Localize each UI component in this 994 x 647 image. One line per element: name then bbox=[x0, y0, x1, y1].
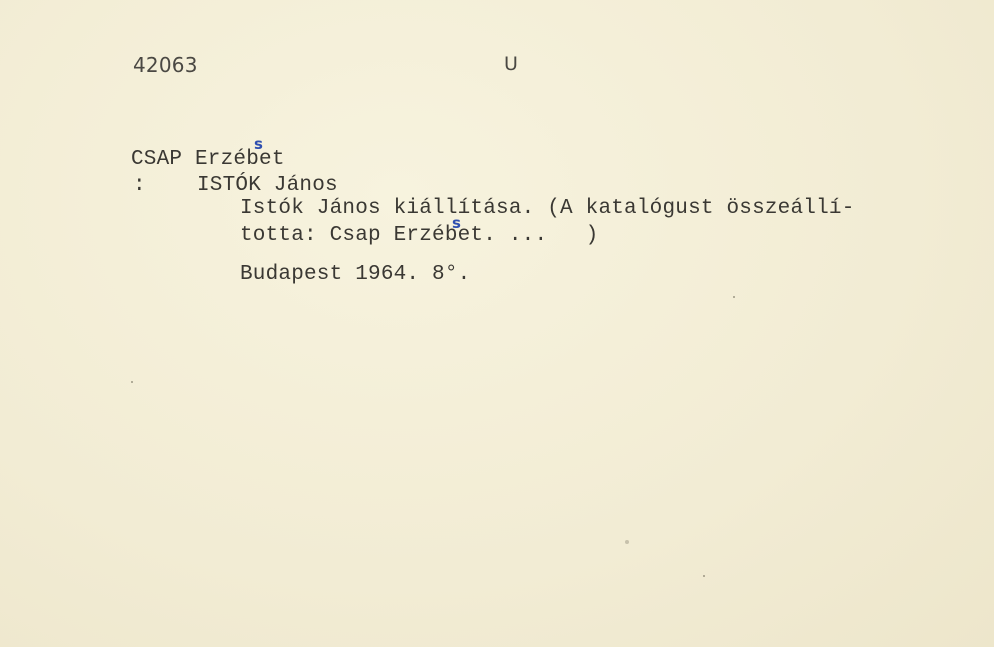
handwritten-correction-author: s bbox=[254, 135, 263, 153]
handwritten-correction-title: s bbox=[452, 214, 461, 232]
record-number: 42063 bbox=[133, 53, 198, 77]
paper-speck bbox=[703, 575, 705, 577]
subject-heading: ISTÓK János bbox=[197, 174, 338, 197]
catalog-card: 42063 U CSAP Erzébet s : ISTÓK János Ist… bbox=[0, 0, 994, 647]
title-line-2: totta: Csap Erzébet. ... ) bbox=[240, 224, 598, 247]
subject-prefix: : bbox=[133, 174, 146, 197]
paper-speck bbox=[625, 540, 629, 544]
paper-speck bbox=[733, 296, 735, 298]
title-line-1: Istók János kiállítása. (A katalógust ös… bbox=[240, 197, 855, 220]
imprint: Budapest 1964. 8°. bbox=[240, 263, 470, 286]
paper-speck bbox=[131, 381, 133, 383]
classification-mark: U bbox=[504, 53, 518, 75]
